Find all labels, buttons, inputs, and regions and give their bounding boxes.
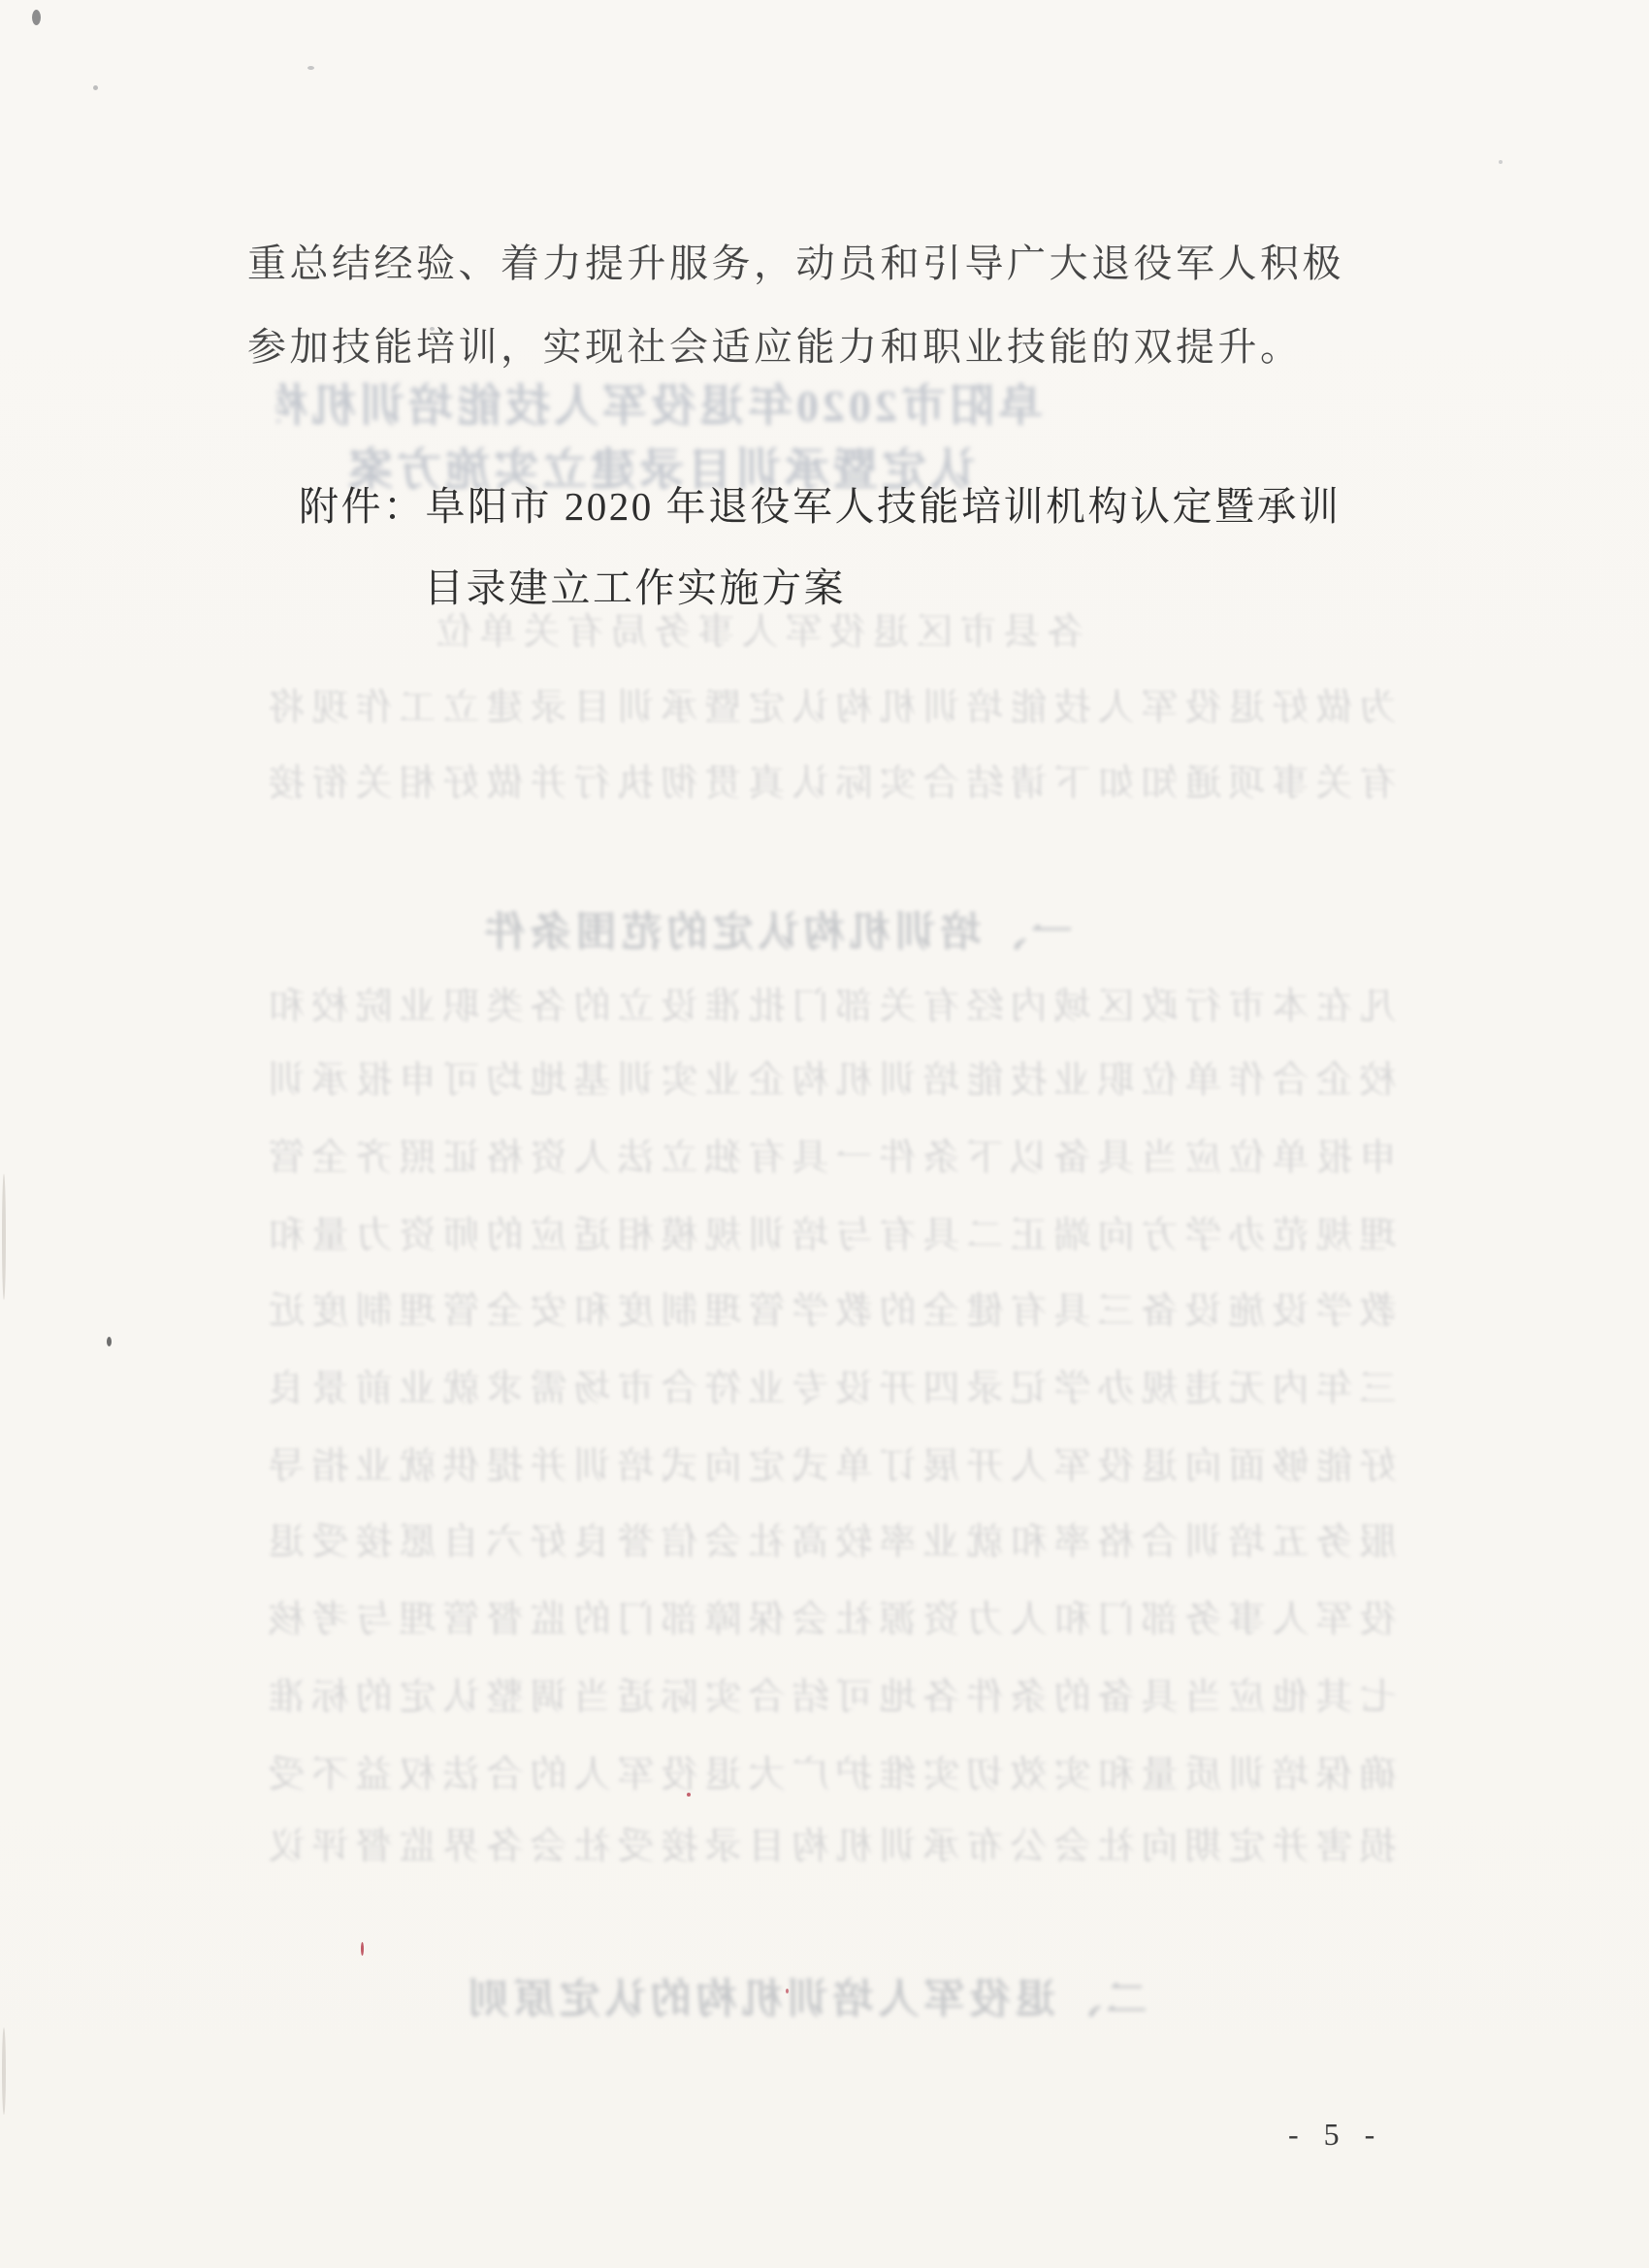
bleed-through-line: 有关事项通知如下请结合实际认真贯彻执行并做好相关衔接 (254, 753, 1404, 806)
bleed-through-line: 损害并定期向社会公布承训机构目录接受社会各界监督评议 (254, 1816, 1404, 1869)
bleed-through-line: 教学设施设备三具有健全的教学管理制度和安全管理制度近 (254, 1280, 1404, 1334)
attachment-title-line-1: 附件：阜阳市 2020 年退役军人技能培训机构认定暨承训 (299, 474, 1342, 532)
scanned-document-page: 阜阳市2020年退役军人技能培训机构认定暨承训目录建立实施方案各县市区退役军人事… (0, 0, 1649, 2268)
bleed-through-line: 七其他应当具备的条件各地可结合实际适当调整认定的标准 (254, 1667, 1404, 1720)
bleed-through-line: 服务五培训合格率和就业率较高社会信誉良好六自愿接受退 (254, 1511, 1404, 1565)
page-number: - 5 - (1288, 2117, 1383, 2153)
bleed-through-line: 凡在本市行政区域内经有关部门批准设立的各类职业院校和 (254, 976, 1404, 1029)
scan-speck (32, 10, 41, 25)
scan-speck (361, 1942, 364, 1956)
bleed-through-line: 为做好退役军人技能培训机构认定暨承训目录建立工作现将 (254, 677, 1404, 730)
scan-speck (107, 1337, 112, 1346)
paragraph-line-1: 重总结经验、着力提升服务，动员和引导广大退役军人积极 (247, 233, 1344, 288)
bleed-through-line: 三年内无违规办学记录四开设专业符合市场需求就业前景良 (254, 1358, 1404, 1411)
attachment-title-line-2: 目录建立工作实施方案 (424, 556, 846, 613)
scan-speck (786, 1989, 789, 1993)
bleed-through-line: 役军人事务部门和人力资源社会保障部门的监督管理与考核 (254, 1589, 1404, 1642)
scan-speck (1499, 160, 1503, 164)
scan-speck (307, 66, 314, 70)
bleed-through-line: 校企合作单位职业技能培训机构企业实训基地均可申报承训 (254, 1050, 1404, 1103)
bleed-through-line: 一、培训机构认定的范围条件 (456, 900, 1096, 958)
paragraph-line-2: 参加技能培训，实现社会适应能力和职业技能的双提升。 (247, 316, 1303, 372)
bleed-through-line: 二、退役军人培训机构的认定原则 (436, 1967, 1174, 2025)
scan-speck (93, 85, 98, 90)
bleed-through-line: 理规范办学方向端正二具有与培训规模相适应的师资力量和 (254, 1205, 1404, 1258)
bleed-through-line: 申报单位应当具备以下条件一具有独立法人资格证照齐全管 (254, 1127, 1404, 1181)
scan-speck (2, 2027, 6, 2115)
bleed-through-line: 好能够面向退役军人开展订单式定向式培训并提供就业指导 (254, 1436, 1404, 1489)
scan-speck (687, 1793, 691, 1797)
bleed-through-line: 阜阳市2020年退役军人技能培训机构 (276, 371, 1043, 435)
bleed-through-line: 确保培训质量和实效切实维护广大退役军人的合法权益不受 (254, 1744, 1404, 1798)
scan-speck (2, 1174, 6, 1300)
